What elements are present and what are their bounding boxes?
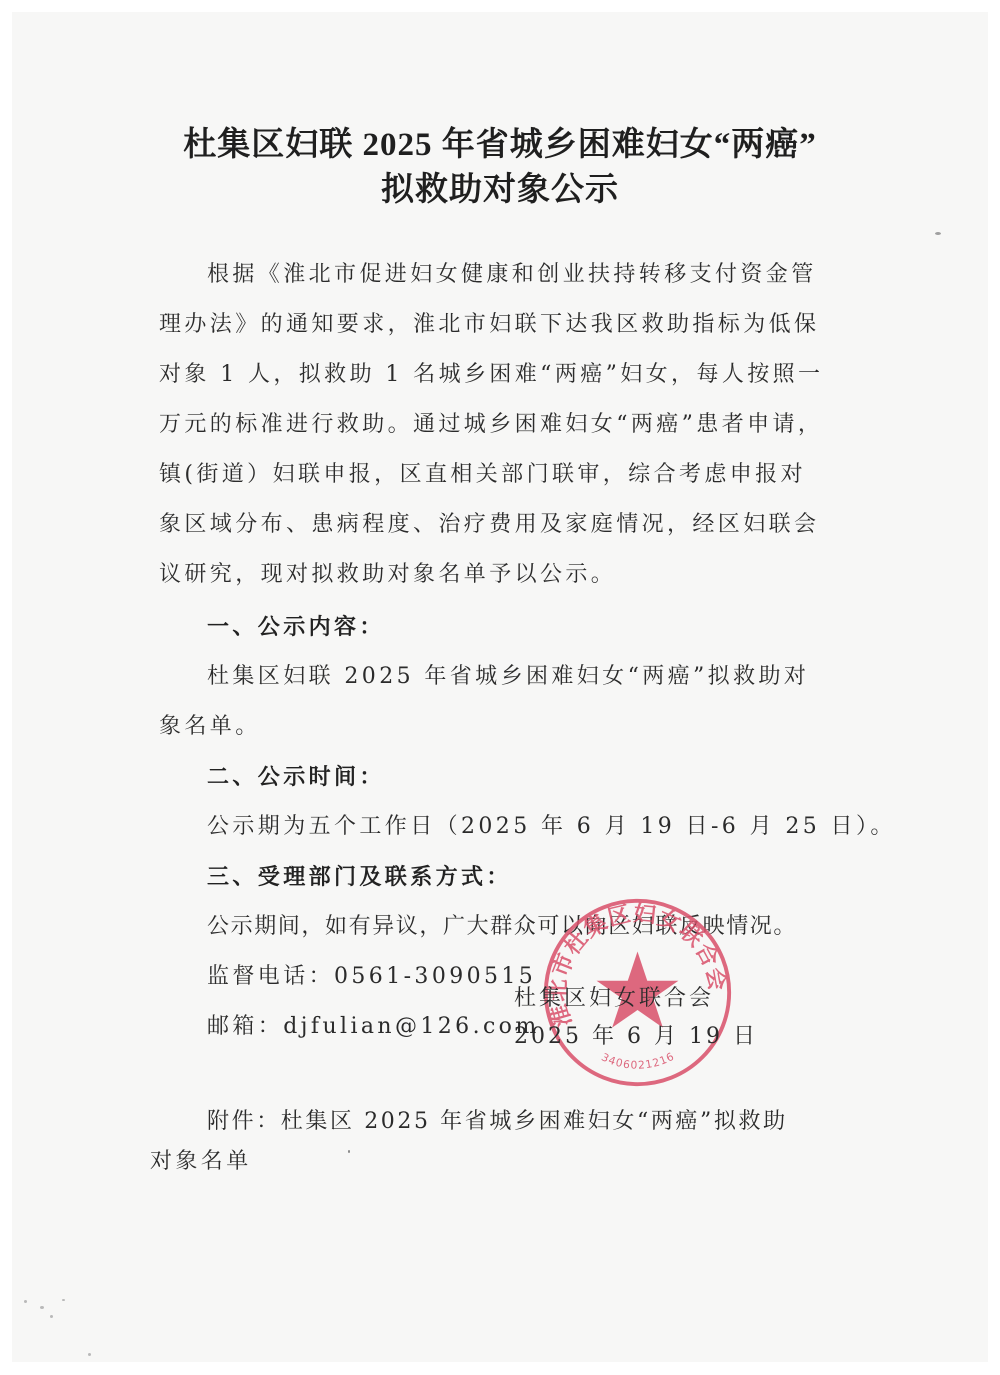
intro-line: 对象 1 人，拟救助 1 名城乡困难“两癌”妇女，每人按照一: [159, 360, 823, 390]
scan-speck: [24, 1300, 27, 1303]
section-content-line: 象名单。: [159, 712, 261, 742]
document-title-line-1: 杜集区妇联 2025 年省城乡困难妇女“两癌”: [120, 118, 880, 165]
signature-organization: 杜集区妇女联合会: [514, 984, 714, 1014]
section-time-line: 公示期为五个工作日（2025 年 6 月 19 日-6 月 25 日）。: [207, 812, 896, 842]
contact-email: 邮箱：djfulian@126.com: [207, 1012, 540, 1042]
intro-line: 根据《淮北市促进妇女健康和创业扶持转移支付资金管: [207, 260, 817, 290]
section-heading-time: 二、公示时间：: [207, 762, 385, 792]
section-heading-content: 一、公示内容：: [207, 612, 385, 642]
svg-text:3406021216: 3406021216: [599, 1050, 676, 1072]
signature-date: 2025 年 6 月 19 日: [514, 1022, 758, 1052]
contact-phone: 监督电话：0561-3090515: [207, 962, 536, 992]
scan-speck: [935, 232, 941, 235]
document-title-line-2: 拟救助对象公示: [120, 163, 880, 210]
intro-line: 镇(街道）妇联申报，区直相关部门联审，综合考虑申报对: [159, 460, 806, 490]
scan-speck: [50, 1315, 53, 1318]
seal-code-text: 3406021216: [599, 1050, 676, 1072]
scan-speck: [348, 1150, 350, 1153]
attachment-line-2: 对象名单: [150, 1147, 252, 1177]
section-content-line: 杜集区妇联 2025 年省城乡困难妇女“两癌”拟救助对: [207, 662, 809, 692]
intro-line: 议研究，现对拟救助对象名单予以公示。: [159, 560, 616, 590]
scan-speck: [62, 1299, 65, 1301]
intro-line: 万元的标准进行救助。通过城乡困难妇女“两癌”患者申请，: [159, 410, 823, 440]
section-heading-contact: 三、受理部门及联系方式：: [207, 862, 512, 892]
intro-line: 象区域分布、患病程度、治疗费用及家庭情况，经区妇联会: [159, 510, 819, 540]
intro-line: 理办法》的通知要求，淮北市妇联下达我区救助指标为低保: [159, 310, 819, 340]
scan-speck: [40, 1306, 44, 1309]
notice-document: 杜集区妇联 2025 年省城乡困难妇女“两癌” 拟救助对象公示 根据《淮北市促进…: [0, 0, 1000, 1375]
attachment-line-1: 附件：杜集区 2025 年省城乡困难妇女“两癌”拟救助: [207, 1107, 788, 1137]
scan-speck: [88, 1353, 91, 1356]
